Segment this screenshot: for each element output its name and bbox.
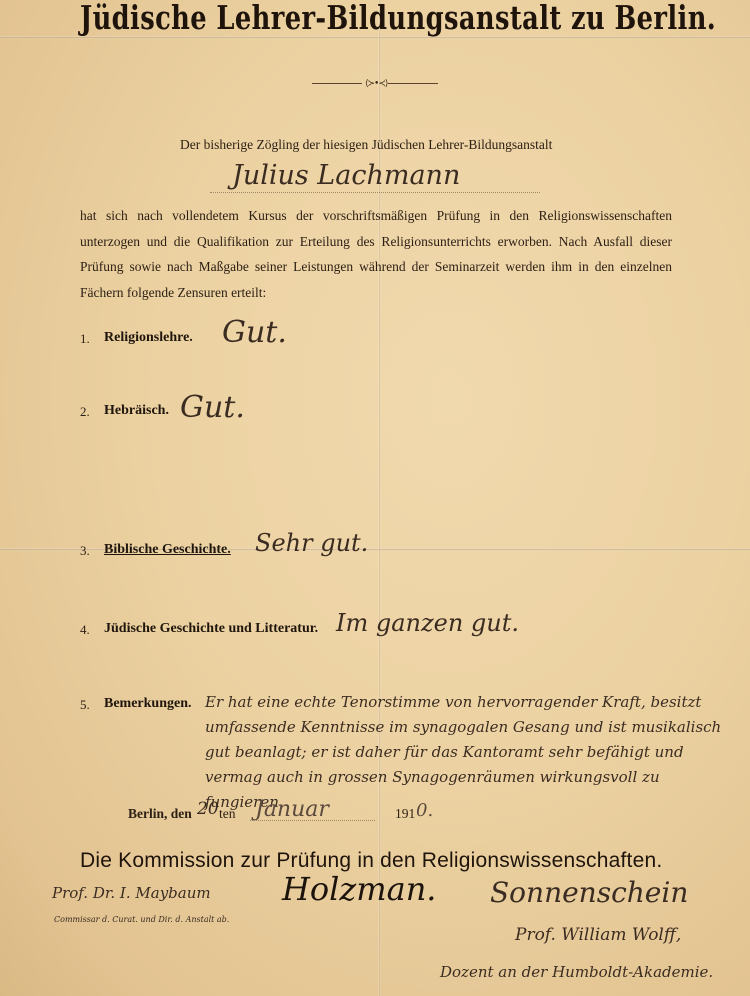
ornament-line-right <box>388 83 438 84</box>
grade-value: Gut. <box>222 315 287 350</box>
signature-holzman: Holzman. <box>282 870 436 908</box>
date-month: Januar <box>255 797 329 822</box>
remarks-number: 5. <box>80 697 90 713</box>
date-day: 20 <box>197 799 219 819</box>
remarks-label: Bemerkungen. <box>104 696 192 712</box>
signature-wolff: Prof. William Wolff, <box>515 925 681 945</box>
grade-number: 3. <box>80 543 90 559</box>
signature-note-right: Dozent an der Humboldt-Akademie. <box>440 963 713 981</box>
signature-maybaum: Prof. Dr. I. Maybaum <box>52 884 211 902</box>
date-place: Berlin, den <box>128 806 192 822</box>
grade-subject: Religionslehre. <box>104 330 193 346</box>
ornament-line-left <box>312 83 362 84</box>
name-dotted-line <box>210 192 540 193</box>
grade-subject: Jüdische Geschichte und Litteratur. <box>104 621 318 637</box>
grade-value: Im ganzen gut. <box>336 609 519 637</box>
date-year-handwritten: 0. <box>416 800 433 821</box>
intro-line: Der bisherige Zögling der hiesigen Jüdis… <box>180 137 552 153</box>
signature-sonnenschein: Sonnenschein <box>490 876 688 909</box>
grade-value: Sehr gut. <box>255 529 368 557</box>
ornament-divider: ⟨≻•≺⟩ <box>312 79 438 89</box>
signature-note-left: Commissar d. Curat. und Dir. d. Anstalt … <box>54 915 229 924</box>
grade-subject: Biblische Geschichte. <box>104 542 231 558</box>
grade-number: 2. <box>80 404 90 420</box>
date-year-printed: 191 <box>395 806 415 822</box>
date-day-suffix: ten <box>219 806 236 822</box>
grade-value: Gut. <box>180 390 245 425</box>
document-title: Jüdische Lehrer-Bildungsanstalt zu Berli… <box>80 0 716 37</box>
grade-subject: Hebräisch. <box>104 403 169 419</box>
ornament-icon: ⟨≻•≺⟩ <box>365 79 387 89</box>
body-paragraph: hat sich nach vollendetem Kursus der vor… <box>80 203 672 305</box>
student-name: Julius Lachmann <box>232 160 460 191</box>
grade-number: 1. <box>80 331 90 347</box>
date-dotted-line <box>250 820 375 821</box>
grade-number: 4. <box>80 622 90 638</box>
